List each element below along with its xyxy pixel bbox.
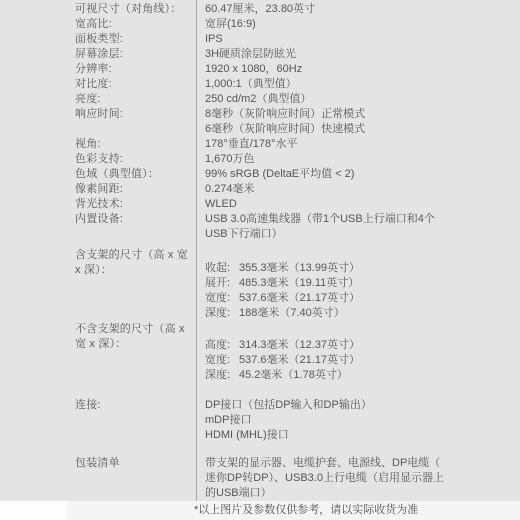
spec-value: 6毫秒（灰阶响应时间）快速模式	[205, 122, 520, 137]
spec-label: 对比度:	[75, 77, 193, 92]
dimension-line: 宽度:537.6毫米（21.17英寸）	[205, 353, 520, 368]
spec-value: 60.47厘米，23.80英寸	[205, 2, 520, 17]
spec-values: 1920 x 1080，60Hz	[193, 62, 520, 77]
spec-value: 1920 x 1080，60Hz	[205, 62, 520, 77]
spec-row: 对比度:1,000:1（典型值）	[0, 77, 520, 92]
dimension-line: 收起:355.3毫米（13.99英寸）	[205, 261, 520, 276]
dimension-name: 宽度:	[205, 353, 239, 368]
footer-disclaimer: *以上图片及参数仅供参考，请以实际收货为准	[194, 503, 418, 518]
spec-value: 迷你DP转DP）、USB3.0上行电缆（启用显示器上	[205, 471, 520, 486]
spec-values: 0.274毫米	[193, 182, 520, 197]
spec-values: 收起:355.3毫米（13.99英寸）展开:485.3毫米（19.11英寸）宽度…	[193, 248, 520, 321]
spec-row: 内置设备:USB 3.0高速集线器（带1个USB上行端口和4个USB下行端口）	[0, 212, 520, 242]
spec-label: 响应时间:	[75, 107, 193, 122]
spec-label: 连接:	[75, 398, 193, 413]
dimension-name: 展开:	[205, 276, 239, 291]
spec-values: USB 3.0高速集线器（带1个USB上行端口和4个USB下行端口）	[193, 212, 520, 242]
spec-value: 178°垂直/178°水平	[205, 137, 520, 152]
spec-values: IPS	[193, 32, 520, 47]
spec-values: 宽屏(16:9)	[193, 17, 520, 32]
spec-label: 分辨率:	[75, 62, 193, 77]
dimension-value: 314.3毫米（12.37英寸）	[239, 339, 360, 351]
spec-values: 60.47厘米，23.80英寸	[193, 2, 520, 17]
spec-row: 面板类型:IPS	[0, 32, 520, 47]
spec-table: 可视尺寸（对角线）：60.47厘米，23.80英寸宽高比:宽屏(16:9)面板类…	[0, 2, 520, 501]
spec-row: 宽高比:宽屏(16:9)	[0, 17, 520, 32]
spec-values: 3H硬质涂层防眩光	[193, 47, 520, 62]
spec-value: 1,000:1（典型值）	[205, 77, 520, 92]
spec-values: 250 cd/m2（典型值）	[193, 92, 520, 107]
spec-row: 色域（典型值）：99% sRGB (DeltaE平均值 < 2)	[0, 167, 520, 182]
spec-value: 带支架的显示器、电缆护套、电源线、DP电缆（	[205, 456, 520, 471]
spec-value: IPS	[205, 32, 520, 47]
spec-label: 不含支架的尺寸（高 x 宽 x 深）：	[75, 322, 193, 352]
spec-label: 色域（典型值）：	[75, 167, 193, 182]
dimension-name: 收起:	[205, 261, 239, 276]
dimension-name: 深度:	[205, 368, 239, 383]
spec-values: WLED	[193, 197, 520, 212]
spec-label: 屏幕涂层:	[75, 47, 193, 62]
spec-row: 含支架的尺寸（高 x 宽 x 深）：收起:355.3毫米（13.99英寸）展开:…	[0, 248, 520, 321]
spec-label: 视角:	[75, 137, 193, 152]
spec-values: 1,670万色	[193, 152, 520, 167]
spec-label: 面板类型:	[75, 32, 193, 47]
spec-label: 内置设备:	[75, 212, 193, 227]
spec-value: 8毫秒（灰阶响应时间）正常模式	[205, 107, 520, 122]
dimension-value: 45.2毫米（1.78英寸）	[239, 369, 348, 381]
spec-label: 含支架的尺寸（高 x 宽 x 深）：	[75, 248, 193, 278]
dimension-line: 深度:45.2毫米（1.78英寸）	[205, 368, 520, 383]
dimension-name: 高度:	[205, 338, 239, 353]
spec-value: USB 3.0高速集线器（带1个USB上行端口和4个	[205, 212, 520, 227]
spec-value: WLED	[205, 197, 520, 212]
spec-label: 亮度:	[75, 92, 193, 107]
dimension-value: 355.3毫米（13.99英寸）	[239, 262, 360, 274]
dimension-name: 宽度:	[205, 291, 239, 306]
spec-value: mDP接口	[205, 413, 520, 428]
spec-value: USB下行端口）	[205, 227, 520, 242]
spec-value: 0.274毫米	[205, 182, 520, 197]
spec-row: 屏幕涂层:3H硬质涂层防眩光	[0, 47, 520, 62]
spec-row: 不含支架的尺寸（高 x 宽 x 深）：高度:314.3毫米（12.37英寸）宽度…	[0, 322, 520, 383]
spec-row: 色彩支持:1,670万色	[0, 152, 520, 167]
spec-row: 可视尺寸（对角线）：60.47厘米，23.80英寸	[0, 2, 520, 17]
spec-label: 可视尺寸（对角线）：	[75, 2, 193, 17]
spec-value: 1,670万色	[205, 152, 520, 167]
footer: *以上图片及参数仅供参考，请以实际收货为准	[0, 501, 520, 520]
spec-row: 包装清单带支架的显示器、电缆护套、电源线、DP电缆（迷你DP转DP）、USB3.…	[0, 456, 520, 501]
spec-row: 响应时间:8毫秒（灰阶响应时间）正常模式6毫秒（灰阶响应时间）快速模式	[0, 107, 520, 137]
footer-white-box	[0, 501, 66, 520]
spec-values: 高度:314.3毫米（12.37英寸）宽度:537.6毫米（21.17英寸）深度…	[193, 322, 520, 383]
dimension-value: 188毫米（7.40英寸）	[239, 307, 345, 319]
spec-row: 像素间距:0.274毫米	[0, 182, 520, 197]
spec-row: 分辨率:1920 x 1080，60Hz	[0, 62, 520, 77]
spec-label: 背光技术:	[75, 197, 193, 212]
dimension-line: 深度:188毫米（7.40英寸）	[205, 306, 520, 321]
spec-value: 的USB端口）	[205, 486, 520, 501]
spec-label: 色彩支持:	[75, 152, 193, 167]
dimension-value: 537.6毫米（21.17英寸）	[239, 354, 360, 366]
spec-label: 包装清单	[75, 456, 193, 471]
dimension-line: 宽度:537.6毫米（21.17英寸）	[205, 291, 520, 306]
spec-value: 99% sRGB (DeltaE平均值 < 2)	[205, 167, 520, 182]
spec-value: HDMI (MHL)接口	[205, 428, 520, 443]
spec-value: 宽屏(16:9)	[205, 17, 520, 32]
spec-value: 250 cd/m2（典型值）	[205, 92, 520, 107]
spec-row: 亮度:250 cd/m2（典型值）	[0, 92, 520, 107]
spec-values: 99% sRGB (DeltaE平均值 < 2)	[193, 167, 520, 182]
dimension-value: 537.6毫米（21.17英寸）	[239, 292, 360, 304]
spec-values: 1,000:1（典型值）	[193, 77, 520, 92]
spec-label: 宽高比:	[75, 17, 193, 32]
spec-value: DP接口（包括DP输入和DP输出）	[205, 398, 520, 413]
dimension-line: 展开:485.3毫米（19.11英寸）	[205, 276, 520, 291]
spec-row: 视角:178°垂直/178°水平	[0, 137, 520, 152]
spec-values: 带支架的显示器、电缆护套、电源线、DP电缆（迷你DP转DP）、USB3.0上行电…	[193, 456, 520, 501]
spec-values: 8毫秒（灰阶响应时间）正常模式6毫秒（灰阶响应时间）快速模式	[193, 107, 520, 137]
spec-row: 连接:DP接口（包括DP输入和DP输出）mDP接口HDMI (MHL)接口	[0, 398, 520, 443]
monitor-spec-sheet: 可视尺寸（对角线）：60.47厘米，23.80英寸宽高比:宽屏(16:9)面板类…	[0, 0, 520, 520]
dimension-name: 深度:	[205, 306, 239, 321]
spec-value: 3H硬质涂层防眩光	[205, 47, 520, 62]
dimension-line: 高度:314.3毫米（12.37英寸）	[205, 338, 520, 353]
spec-values: DP接口（包括DP输入和DP输出）mDP接口HDMI (MHL)接口	[193, 398, 520, 443]
dimension-value: 485.3毫米（19.11英寸）	[239, 277, 359, 289]
spec-values: 178°垂直/178°水平	[193, 137, 520, 152]
spec-row: 背光技术:WLED	[0, 197, 520, 212]
spec-label: 像素间距:	[75, 182, 193, 197]
